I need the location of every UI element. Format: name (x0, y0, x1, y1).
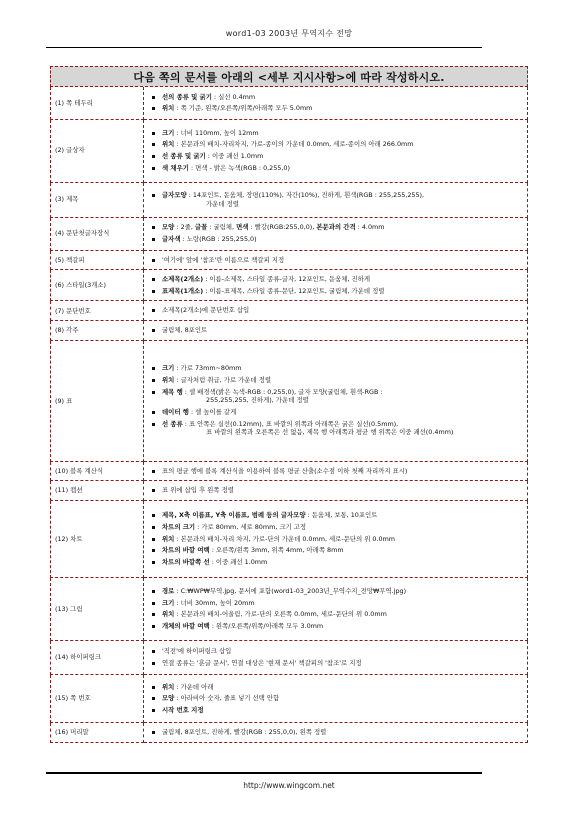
row-details: 굴림체, 8포인트, 진하게, 빨강(RGB : 255,0,0), 왼쪽 정렬 (144, 722, 528, 742)
table-row: (3) 제목글자모양 : 14포인트, 돋움체, 장평(110%), 자간(10… (51, 182, 528, 217)
item-key: 본문과의 간격 (316, 223, 355, 231)
table-row: (16) 머리말굴림체, 8포인트, 진하게, 빨강(RGB : 255,0,0… (51, 722, 528, 742)
item-key: 모양 (162, 223, 174, 231)
item-continuation: 가운데 정렬 (162, 200, 523, 209)
list-item: 굴림체, 8포인트, 진하게, 빨강(RGB : 255,0,0), 왼쪽 정렬 (152, 728, 523, 737)
table-row: (6) 스타일(3개소)소제목(2개소) : 이름-소제목, 스타일 종류-글자… (51, 270, 528, 301)
item-value: : 굴림체, (207, 223, 236, 231)
list-item: 표 위에 삽입 후 왼쪽 정렬 (152, 486, 523, 495)
row-details: 굴림체, 8포인트 (144, 321, 528, 341)
row-label: (5) 책갈피 (51, 250, 144, 270)
item-value: '여기에' 앞에 '참조'란 이름으로 책갈피 지정 (162, 256, 284, 264)
item-key: 선 종류 (162, 420, 183, 428)
item-value: 면색 - 밝은 녹색(RGB : 0,255,0) (195, 164, 290, 172)
list-item: 제목 행 : 셀 배경색(밝은 녹색-RGB : 0,255,0), 글자 모양… (152, 388, 523, 405)
list-item: 크기 : 너비 30mm, 높이 20mm (152, 599, 523, 608)
item-continuation: 255,255,255, 진하게), 가운데 정렬 (162, 396, 523, 405)
item-value: 14포인트, 돋움체, 장평(110%), 자간(10%), 진하게, 흰색(R… (193, 191, 424, 199)
item-value: 표 안쪽은 실선(0.12mm), 표 바깥의 위쪽과 아래쪽은 굵은 실선(0… (189, 420, 398, 428)
item-key: 경로 (162, 587, 174, 595)
row-label: (6) 스타일(3개소) (51, 270, 144, 301)
row-label: (4) 문단첫글자장식 (51, 217, 144, 250)
item-value: 굴림체, 8포인트 (162, 326, 207, 334)
item-value: 표 위에 삽입 후 왼쪽 정렬 (162, 486, 234, 494)
item-value: : 4.0mm (356, 223, 385, 231)
item-key: 데이터 행 (162, 408, 189, 416)
item-key: 선 종류 및 굵기 (162, 152, 206, 160)
row-details: 표의 평균 행에 블록 계산식을 이용하여 블록 평균 산출(소수점 이하 첫째… (144, 461, 528, 481)
row-label: (11) 캡션 (51, 481, 144, 501)
row-details: 표 위에 삽입 후 왼쪽 정렬 (144, 481, 528, 501)
item-value: 이중 괘선 1.0mm (216, 558, 267, 566)
item-value: 이름-소제목, 스타일 종류-글자, 12포인트, 돋움체, 진하게 (209, 275, 370, 283)
instruction-sheet: 다음 쪽의 문서를 아래의 <세부 지시사항>에 따라 작성하시오. (1) 쪽… (50, 66, 528, 743)
row-label: (10) 블록 계산식 (51, 461, 144, 481)
item-key: 모양 (162, 694, 174, 702)
list-item: 위치 : 가운데 아래 (152, 683, 523, 692)
item-value: 가로 73mm~80mm (181, 364, 242, 372)
list-item: 데이터 행 : 셀 높이를 같게 (152, 408, 523, 417)
list-item: 선 종류 : 표 안쪽은 실선(0.12mm), 표 바깥의 위쪽과 아래쪽은 … (152, 420, 523, 437)
list-item: 제목, X축 이름표, Y축 이름표, 범례 등의 글자모양 : 돋움체, 보통… (152, 511, 523, 520)
item-key: 차트의 바깥쪽 선 (162, 558, 210, 566)
row-details: 선의 종류 및 굵기 : 실선 0.4mm위치 : 쪽 기준, 왼쪽/오른쪽/위… (144, 87, 528, 119)
row-label: (1) 쪽 테두리 (51, 87, 144, 119)
row-details: 모양 : 2줄, 글꼴 : 굴림체, 면색 : 빨강(RGB:255,0,0),… (144, 217, 528, 250)
row-details: 소제목(2개소) : 이름-소제목, 스타일 종류-글자, 12포인트, 돋움체… (144, 270, 528, 301)
row-details: 소제목(2개소)에 문단번호 삽입 (144, 301, 528, 321)
item-key: 소제목(2개소) (162, 275, 203, 283)
item-value: 표의 평균 행에 블록 계산식을 이용하여 블록 평균 산출(소수점 이하 첫째… (162, 467, 407, 475)
item-value: 이중 괘선 1.0mm (212, 152, 263, 160)
list-item: '직전'에 하이퍼링크 삽입 (152, 647, 523, 656)
list-item: 선의 종류 및 굵기 : 실선 0.4mm (152, 93, 523, 102)
row-details: '여기에' 앞에 '참조'란 이름으로 책갈피 지정 (144, 250, 528, 270)
item-value: 왼쪽/오른쪽/위쪽/아래쪽 모두 3.0mm (216, 622, 323, 630)
list-item: 소제목(2개소)에 문단번호 삽입 (152, 306, 523, 315)
item-key: 제목 행 (162, 388, 183, 396)
item-value: 실선 0.4mm (218, 93, 255, 101)
table-row: (7) 문단번호소제목(2개소)에 문단번호 삽입 (51, 301, 528, 321)
list-item: 크기 : 가로 73mm~80mm (152, 364, 523, 373)
item-value: 연결 종류는 '훈글 문서', 연결 대상은 '현재 문서' 책갈피의 '참조'… (162, 659, 362, 667)
item-key: 글꼴 (195, 223, 207, 231)
table-row: (11) 캡션표 위에 삽입 후 왼쪽 정렬 (51, 481, 528, 501)
table-row: (12) 차트제목, X축 이름표, Y축 이름표, 범례 등의 글자모양 : … (51, 500, 528, 577)
table-row: (8) 각주굴림체, 8포인트 (51, 321, 528, 341)
item-key: 위치 (162, 535, 174, 543)
row-label: (12) 차트 (51, 500, 144, 577)
item-value: 본문과의 배치-자리 차지, 가로-단의 가운데 0.0mm, 세로-문단의 위… (181, 535, 395, 543)
item-value: 본문과의 배치-어울림, 가로-단의 오른쪽 0.0mm, 세로-문단의 위 0… (181, 610, 387, 618)
list-item: 선 종류 및 굵기 : 이중 괘선 1.0mm (152, 152, 523, 161)
item-key: 개체의 바깥 여백 (162, 622, 210, 630)
page-footer-url[interactable]: http://www.wingcom.net (0, 781, 578, 790)
sheet-title: 다음 쪽의 문서를 아래의 <세부 지시사항>에 따라 작성하시오. (50, 66, 528, 87)
item-value: 가운데 아래 (181, 683, 214, 691)
list-item: 크기 : 너비 110mm, 높이 12mm (152, 129, 523, 138)
list-item: 개체의 바깥 여백 : 왼쪽/오른쪽/위쪽/아래쪽 모두 3.0mm (152, 622, 523, 631)
table-row: (4) 문단첫글자장식모양 : 2줄, 글꼴 : 굴림체, 면색 : 빨강(RG… (51, 217, 528, 250)
item-value: 소제목(2개소)에 문단번호 삽입 (162, 306, 249, 314)
item-key: 크기 (162, 129, 174, 137)
item-value: 가로 80mm, 세로 80mm, 크기 고정 (201, 523, 306, 531)
row-details: 크기 : 가로 73mm~80mm위치 : 글자처럼 취급, 가로 가운데 정렬… (144, 340, 528, 461)
item-key: 위치 (162, 683, 174, 691)
item-key: 차트의 바깥 여백 (162, 546, 210, 554)
footer-divider (46, 772, 482, 774)
row-label: (15) 쪽 번호 (51, 674, 144, 722)
item-key: 위치 (162, 140, 174, 148)
item-key: 위치 (162, 610, 174, 618)
item-key: 차트의 크기 (162, 523, 195, 531)
item-key: 크기 (162, 599, 174, 607)
table-row: (14) 하이퍼링크'직전'에 하이퍼링크 삽입연결 종류는 '훈글 문서', … (51, 640, 528, 674)
list-item: 위치 : 쪽 기준, 왼쪽/오른쪽/위쪽/아래쪽 모두 5.0mm (152, 104, 523, 113)
row-label: (16) 머리말 (51, 722, 144, 742)
list-item: 색 채우기 : 면색 - 밝은 녹색(RGB : 0,255,0) (152, 164, 523, 173)
item-value: 노랑(RGB : 255,255,0) (187, 235, 257, 243)
item-key: 선의 종류 및 굵기 (162, 93, 212, 101)
list-item: 경로 : C:₩WP₩무역.jpg, 문서에 포함(word1-03_2003년… (152, 587, 523, 596)
row-details: 경로 : C:₩WP₩무역.jpg, 문서에 포함(word1-03_2003년… (144, 577, 528, 640)
list-item: '여기에' 앞에 '참조'란 이름으로 책갈피 지정 (152, 256, 523, 265)
item-value: 이름-표제목, 스타일 종류-문단, 12포인트, 굴림체, 가운데 정렬 (209, 287, 384, 295)
list-item: 굴림체, 8포인트 (152, 326, 523, 335)
table-row: (9) 표크기 : 가로 73mm~80mm위치 : 글자처럼 취급, 가로 가… (51, 340, 528, 461)
list-item: 시작 번호 지정 (152, 706, 523, 715)
list-item: 차트의 크기 : 가로 80mm, 세로 80mm, 크기 고정 (152, 523, 523, 532)
item-key: 위치 (162, 376, 174, 384)
item-value: 셀 배경색(밝은 녹색-RGB : 0,255,0), 글자 모양(굴림체, 흰… (189, 388, 383, 396)
table-row: (5) 책갈피'여기에' 앞에 '참조'란 이름으로 책갈피 지정 (51, 250, 528, 270)
list-item: 표의 평균 행에 블록 계산식을 이용하여 블록 평균 산출(소수점 이하 첫째… (152, 467, 523, 476)
item-value: : 빨강(RGB:255,0,0), (248, 223, 316, 231)
list-item: 위치 : 본문과의 배치-자리차지, 가로-종이의 가운데 0.0mm, 세로-… (152, 140, 523, 149)
item-value: 너비 110mm, 높이 12mm (181, 129, 259, 137)
list-item: 소제목(2개소) : 이름-소제목, 스타일 종류-글자, 12포인트, 돋움체… (152, 275, 523, 284)
row-label: (14) 하이퍼링크 (51, 640, 144, 674)
list-item: 위치 : 본문과의 배치-어울림, 가로-단의 오른쪽 0.0mm, 세로-문단… (152, 610, 523, 619)
row-label: (8) 각주 (51, 321, 144, 341)
row-details: '직전'에 하이퍼링크 삽입연결 종류는 '훈글 문서', 연결 대상은 '현재… (144, 640, 528, 674)
item-key: 표제목(1개소) (162, 287, 203, 295)
header-divider (46, 47, 482, 48)
row-label: (9) 표 (51, 340, 144, 461)
list-item: 모양 : 2줄, 글꼴 : 굴림체, 면색 : 빨강(RGB:255,0,0),… (152, 223, 523, 232)
row-details: 제목, X축 이름표, Y축 이름표, 범례 등의 글자모양 : 돋움체, 보통… (144, 500, 528, 577)
row-details: 위치 : 가운데 아래모양 : 아라비아 숫자, 줄표 넣기 선택 안함시작 번… (144, 674, 528, 722)
item-value: 아라비아 숫자, 줄표 넣기 선택 안함 (181, 694, 280, 702)
table-row: (10) 블록 계산식표의 평균 행에 블록 계산식을 이용하여 블록 평균 산… (51, 461, 528, 481)
page-header: word1-03 2003년 무역지수 전망 (0, 28, 578, 39)
list-item: 연결 종류는 '훈글 문서', 연결 대상은 '현재 문서' 책갈피의 '참조'… (152, 659, 523, 668)
table-row: (15) 쪽 번호위치 : 가운데 아래모양 : 아라비아 숫자, 줄표 넣기 … (51, 674, 528, 722)
item-key: 면색 (236, 223, 248, 231)
instruction-table: (1) 쪽 테두리선의 종류 및 굵기 : 실선 0.4mm위치 : 쪽 기준,… (50, 87, 528, 743)
row-label: (13) 그림 (51, 577, 144, 640)
table-row: (13) 그림경로 : C:₩WP₩무역.jpg, 문서에 포함(word1-0… (51, 577, 528, 640)
item-key: 시작 번호 지정 (162, 706, 204, 714)
item-key: 제목, X축 이름표, Y축 이름표, 범례 등의 글자모양 (162, 511, 306, 519)
list-item: 글자색 : 노랑(RGB : 255,255,0) (152, 235, 523, 244)
item-key: 색 채우기 (162, 164, 189, 172)
table-row: (2) 글상자크기 : 너비 110mm, 높이 12mm위치 : 본문과의 배… (51, 119, 528, 182)
list-item: 차트의 바깥쪽 선 : 이중 괘선 1.0mm (152, 558, 523, 567)
item-key: 위치 (162, 104, 174, 112)
list-item: 모양 : 아라비아 숫자, 줄표 넣기 선택 안함 (152, 694, 523, 703)
item-key: 크기 (162, 364, 174, 372)
row-details: 글자모양 : 14포인트, 돋움체, 장평(110%), 자간(10%), 진하… (144, 182, 528, 217)
item-value: 오른쪽/왼쪽 3mm, 위쪽 4mm, 아래쪽 8mm (216, 546, 344, 554)
list-item: 위치 : 글자처럼 취급, 가로 가운데 정렬 (152, 376, 523, 385)
table-row: (1) 쪽 테두리선의 종류 및 굵기 : 실선 0.4mm위치 : 쪽 기준,… (51, 87, 528, 119)
item-value: 글자처럼 취급, 가로 가운데 정렬 (181, 376, 271, 384)
item-continuation: 표 바깥의 왼쪽과 오른쪽은 선 없음, 제목 행 아래쪽과 평균 행 위쪽은 … (162, 428, 523, 437)
row-label: (2) 글상자 (51, 119, 144, 182)
list-item: 위치 : 본문과의 배치-자리 차지, 가로-단의 가운데 0.0mm, 세로-… (152, 535, 523, 544)
row-details: 크기 : 너비 110mm, 높이 12mm위치 : 본문과의 배치-자리차지,… (144, 119, 528, 182)
item-value: 본문과의 배치-자리차지, 가로-종이의 가운데 0.0mm, 세로-종이의 아… (181, 140, 414, 148)
item-value: '직전'에 하이퍼링크 삽입 (162, 647, 231, 655)
row-label: (7) 문단번호 (51, 301, 144, 321)
item-value: 돋움체, 보통, 10포인트 (312, 511, 378, 519)
item-key: 글자모양 (162, 191, 187, 199)
item-key: 글자색 (162, 235, 181, 243)
item-value: 2줄, (181, 223, 195, 231)
list-item: 차트의 바깥 여백 : 오른쪽/왼쪽 3mm, 위쪽 4mm, 아래쪽 8mm (152, 546, 523, 555)
item-value: C:₩WP₩무역.jpg, 문서에 포함(word1-03_2003년_무역수지… (181, 587, 407, 595)
item-value: 쪽 기준, 왼쪽/오른쪽/위쪽/아래쪽 모두 5.0mm (181, 104, 313, 112)
item-value: 굴림체, 8포인트, 진하게, 빨강(RGB : 255,0,0), 왼쪽 정렬 (162, 728, 326, 736)
item-value: 셀 높이를 같게 (195, 408, 236, 416)
list-item: 글자모양 : 14포인트, 돋움체, 장평(110%), 자간(10%), 진하… (152, 191, 523, 208)
item-value: 너비 30mm, 높이 20mm (181, 599, 255, 607)
row-label: (3) 제목 (51, 182, 144, 217)
list-item: 표제목(1개소) : 이름-표제목, 스타일 종류-문단, 12포인트, 굴림체… (152, 287, 523, 296)
